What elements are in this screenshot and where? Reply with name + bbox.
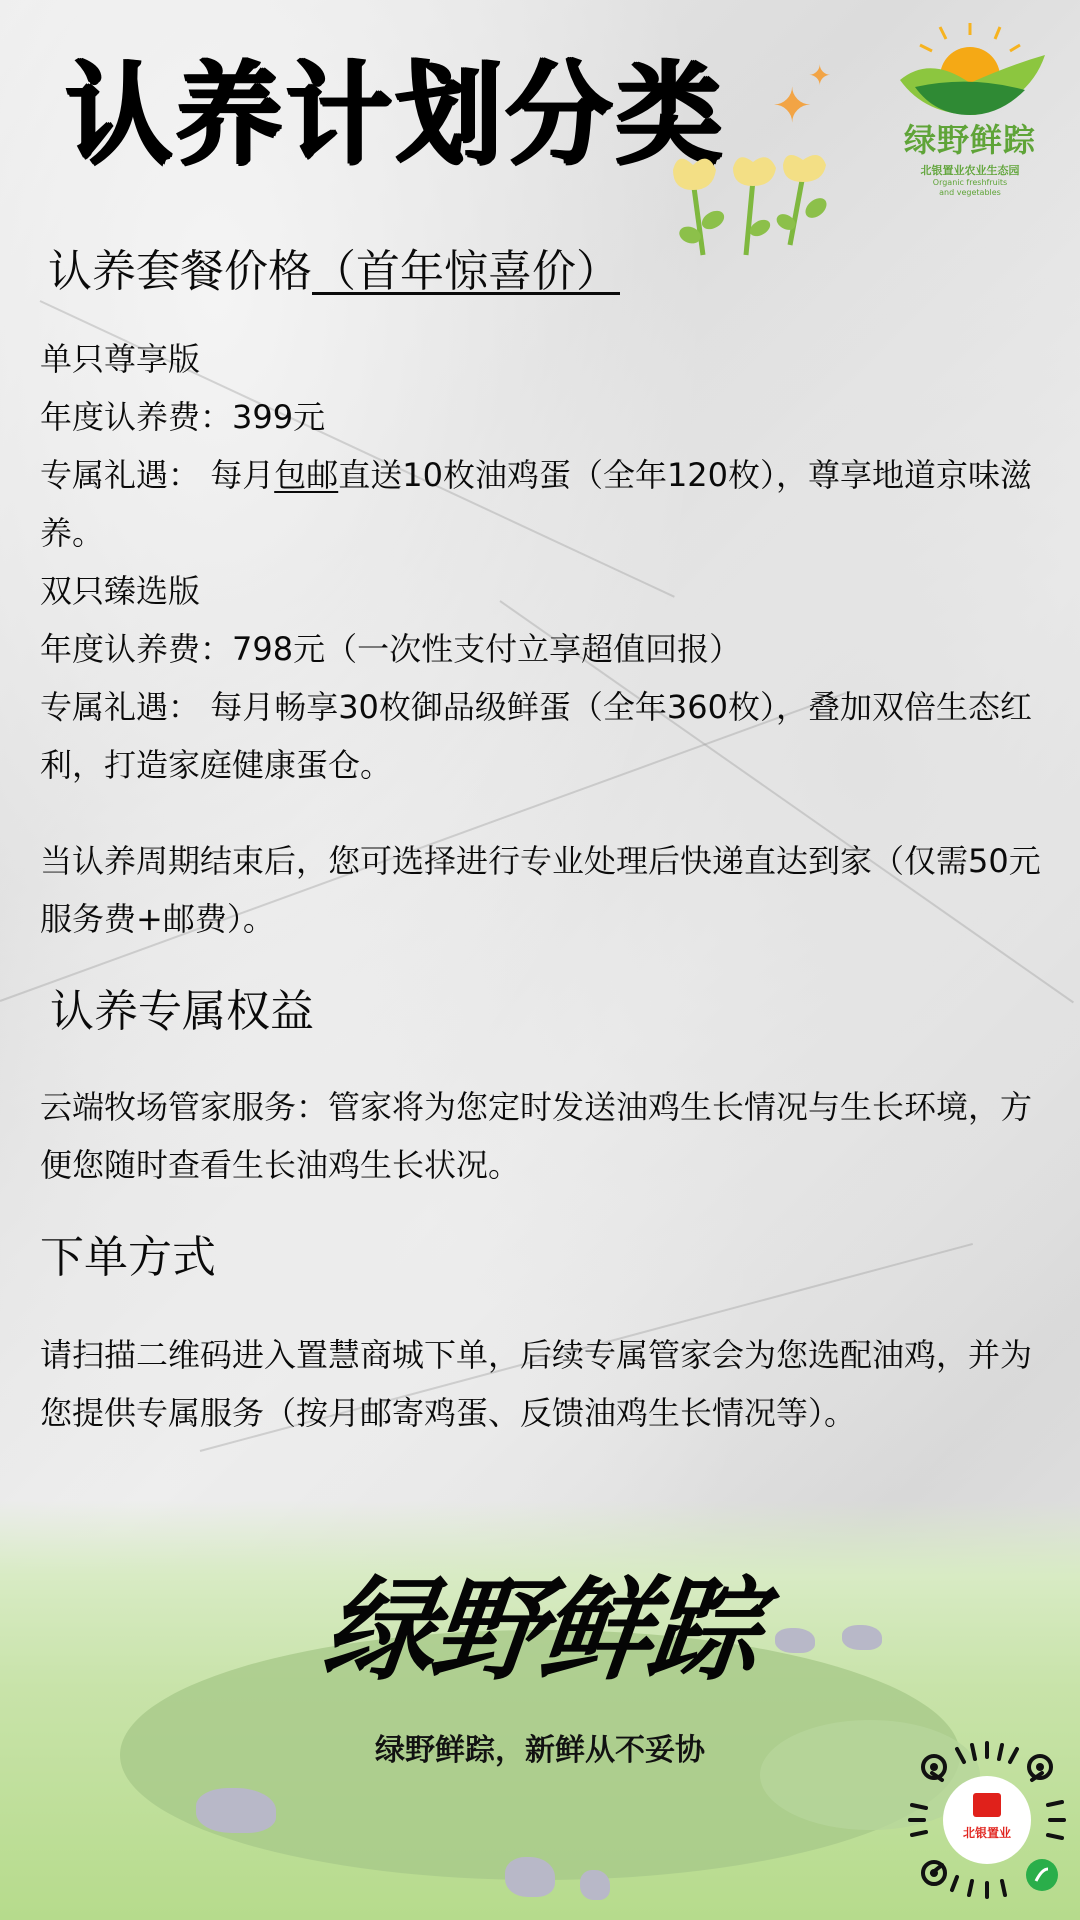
logo-brand-name: 绿野鲜踪 bbox=[880, 115, 1060, 161]
qr-code-icon: 北银置业 bbox=[902, 1735, 1072, 1905]
rock-illustration bbox=[196, 1788, 276, 1833]
benefits-text: 云端牧场管家服务：管家将为您定时发送油鸡生长情况与生长环境，方便您随时查看生长油… bbox=[40, 1078, 1050, 1194]
brand-calligraphy: 绿野鲜踪 bbox=[284, 1575, 796, 1687]
pricing-heading: 认养套餐价格（首年惊喜价） bbox=[48, 250, 620, 294]
plan-fee: 年度认养费：798元（一次性支付立享超值回报） bbox=[40, 620, 1050, 678]
plan-name: 双只臻选版 bbox=[40, 562, 1050, 620]
rock-illustration bbox=[842, 1625, 882, 1650]
pricing-heading-main: 认养套餐价格 bbox=[48, 246, 312, 297]
flowers-illustration bbox=[668, 150, 838, 260]
logo-subtitle: 北银置业农业生态园 bbox=[880, 162, 1060, 178]
logo-english: Organic freshfruits and vegetables bbox=[880, 178, 1060, 198]
qr-center-label: 北银置业 bbox=[963, 1825, 1011, 1840]
perk-text: 每月 bbox=[210, 456, 274, 494]
logo-english-line2: and vegetables bbox=[880, 188, 1060, 198]
fee-value: 399元 bbox=[232, 398, 325, 436]
ordering-heading: 下单方式 bbox=[40, 1236, 216, 1280]
after-cycle-note: 当认养周期结束后，您可选择进行专业处理后快递直达到家（仅需50元服务费+邮费）。 bbox=[40, 832, 1050, 948]
fee-note: （一次性支付立享超值回报） bbox=[325, 630, 741, 668]
sparkle-icon: ✦ bbox=[772, 82, 812, 130]
rock-illustration bbox=[580, 1870, 610, 1900]
fee-label: 年度认养费： bbox=[40, 630, 232, 668]
fee-label: 年度认养费： bbox=[40, 398, 232, 436]
page-title: 认养计划分类 bbox=[66, 59, 726, 170]
benefits-heading: 认养专属权益 bbox=[50, 990, 314, 1034]
plan-single: 单只尊享版 年度认养费：399元 专属礼遇： 每月包邮直送10枚油鸡蛋（全年12… bbox=[40, 330, 1050, 562]
perk-highlight: 包邮 bbox=[274, 456, 338, 494]
sparkle-icon: ✦ bbox=[808, 62, 831, 90]
logo-english-line1: Organic freshfruits bbox=[880, 178, 1060, 188]
perk-label: 专属礼遇： bbox=[40, 688, 200, 726]
plan-double: 双只臻选版 年度认养费：798元（一次性支付立享超值回报） 专属礼遇： 每月畅享… bbox=[40, 562, 1050, 794]
plan-perk: 专属礼遇： 每月畅享30枚御品级鲜蛋（全年360枚），叠加双倍生态红利，打造家庭… bbox=[40, 678, 1050, 794]
miniprogram-qr-code[interactable]: 北银置业 bbox=[902, 1735, 1072, 1905]
slogan: 绿野鲜踪，新鲜从不妥协 bbox=[340, 1725, 740, 1769]
pricing-heading-note: （首年惊喜价） bbox=[312, 246, 620, 297]
perk-label: 专属礼遇： bbox=[40, 456, 200, 494]
sunrise-field-icon bbox=[880, 15, 1060, 115]
brand-logo: 绿野鲜踪 北银置业农业生态园 Organic freshfruits and v… bbox=[880, 15, 1060, 205]
plan-perk: 专属礼遇： 每月包邮直送10枚油鸡蛋（全年120枚），尊享地道京味滋养。 bbox=[40, 446, 1050, 562]
plan-fee: 年度认养费：399元 bbox=[40, 388, 1050, 446]
ordering-text: 请扫描二维码进入置慧商城下单，后续专属管家会为您选配油鸡，并为您提供专属服务（按… bbox=[40, 1326, 1050, 1442]
rock-illustration bbox=[505, 1857, 555, 1897]
fee-value: 798元 bbox=[232, 630, 325, 668]
plan-name: 单只尊享版 bbox=[40, 330, 1050, 388]
